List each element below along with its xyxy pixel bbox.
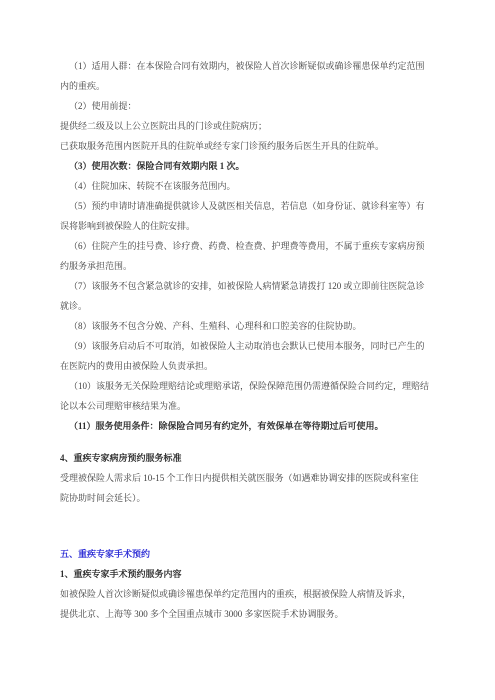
text-line: 在医院内的费用由被保险人负责承担。 [60, 356, 445, 376]
text-line: （6）住院产生的挂号费、诊疗费、药费、检查费、护理费等费用，不属于重疾专家病房预 [60, 236, 445, 256]
text-line: 误将影响到被保险人的住院安排。 [60, 216, 445, 236]
clauses-section: （1）适用人群：在本保险合同有效期内，被保险人首次诊断疑似或确诊罹患保单约定范围… [60, 56, 445, 436]
text-line: （4）住院加床、转院不在该服务范围内。 [60, 176, 445, 196]
text-line: （7）该服务不包含紧急就诊的安排，如被保险人病情紧急请拨打 120 或立即前往医… [60, 276, 445, 296]
text-line: （5）预约申请时请准确提供就诊人及就医相关信息，若信息（如身份证、就诊科室等）有 [60, 196, 445, 216]
text-line: 提供经二级及以上公立医院出具的门诊或住院病历； [60, 116, 445, 136]
text-line: 约服务承担范围。 [60, 256, 445, 276]
bold-text-line: 1、重疾专家手术预约服务内容 [60, 564, 445, 584]
text-line: （1）适用人群：在本保险合同有效期内，被保险人首次诊断疑似或确诊罹患保单约定范围 [60, 56, 445, 76]
section-gap [60, 508, 445, 544]
bold-text-line: 4、重疾专家病房预约服务标准 [60, 448, 445, 468]
text-line: （8）该服务不包含分娩、产科、生殖科、心理科和口腔美容的住院协助。 [60, 316, 445, 336]
text-line: 如被保险人首次诊断疑似或确诊罹患保单约定范围内的重疾，根据被保险人病情及诉求， [60, 584, 445, 604]
text-line: （10）该服务无关保险理赔结论或理赔承诺，保险保障范围仍需遵循保险合同约定，理赔… [60, 376, 445, 396]
text-line: 已获取服务范围内医院开具的住院单或经专家门诊预约服务后医生开具的住院单。 [60, 136, 445, 156]
section-heading: 五、重疾专家手术预约 [60, 544, 445, 564]
text-line: 内的重疾。 [60, 76, 445, 96]
text-line: 受理被保险人需求后 10-15 个工作日内提供相关就医服务（如遇难协调安排的医院… [60, 468, 445, 488]
service-standard-section: 4、重疾专家病房预约服务标准受理被保险人需求后 10-15 个工作日内提供相关就… [60, 448, 445, 508]
section-gap [60, 436, 445, 448]
text-line: （2）使用前提： [60, 96, 445, 116]
text-line: 论以本公司理赔审核结果为准。 [60, 396, 445, 416]
text-line: 提供北京、上海等 300 多个全国重点城市 3000 多家医院手术协调服务。 [60, 604, 445, 624]
bold-text-line: （11）服务使用条件：除保险合同另有约定外，有效保单在等待期过后可使用。 [60, 416, 445, 436]
bold-text-line: （3）使用次数：保险合同有效期内限 1 次。 [60, 156, 445, 176]
document-page: （1）适用人群：在本保险合同有效期内，被保险人首次诊断疑似或确诊罹患保单约定范围… [0, 0, 495, 700]
text-line: 院协助时间会延长）。 [60, 488, 445, 508]
document-content: （1）适用人群：在本保险合同有效期内，被保险人首次诊断疑似或确诊罹患保单约定范围… [60, 56, 445, 624]
text-line: （9）该服务启动后不可取消，如被保险人主动取消也会默认已使用本服务，同时已产生的 [60, 336, 445, 356]
surgery-reservation-section: 五、重疾专家手术预约1、重疾专家手术预约服务内容如被保险人首次诊断疑似或确诊罹患… [60, 544, 445, 624]
text-line: 就诊。 [60, 296, 445, 316]
